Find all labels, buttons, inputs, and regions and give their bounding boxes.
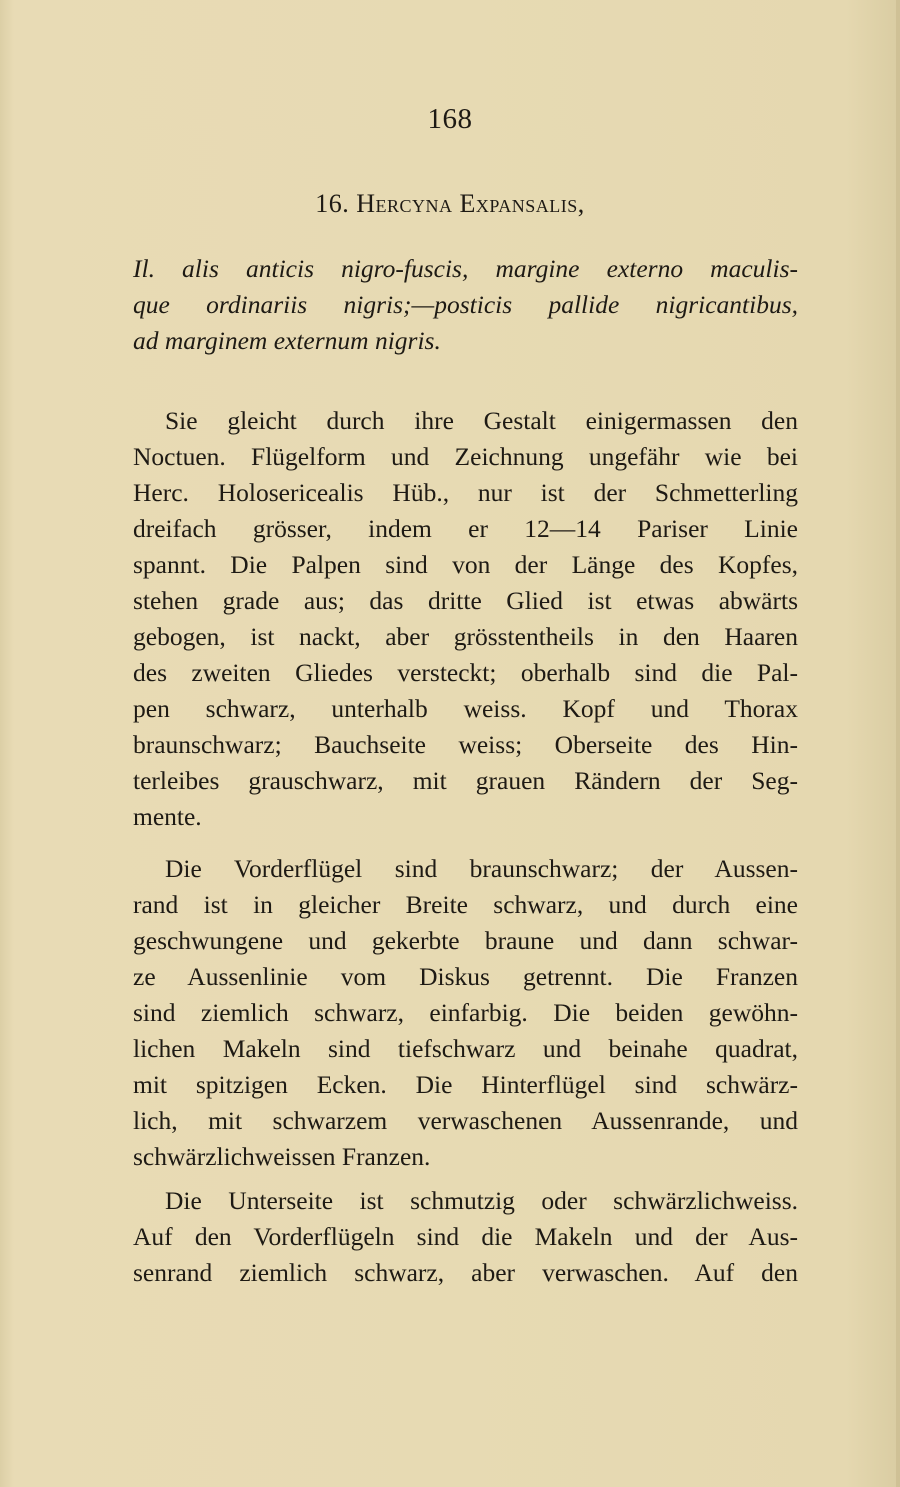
section-heading: 16. Hercyna Expansalis, xyxy=(0,189,900,219)
heading-genus: Hercyna xyxy=(356,189,452,218)
paragraph-line: des zweiten Gliedes versteckt; oberhalb … xyxy=(133,655,798,691)
heading-number: 16. xyxy=(315,189,349,218)
paragraph-line: lichen Makeln sind tiefschwarz und beina… xyxy=(133,1031,798,1067)
paragraph-line: mit spitzigen Ecken. Die Hinterflügel si… xyxy=(133,1067,798,1103)
paragraph-line: senrand ziemlich schwarz, aber verwasche… xyxy=(133,1255,798,1291)
paragraph-line: spannt. Die Palpen sind von der Länge de… xyxy=(133,547,798,583)
paragraph-line: terleibes grauschwarz, mit grauen Ränder… xyxy=(133,763,798,799)
book-page: 168 16. Hercyna Expansalis, Il. alis ant… xyxy=(0,0,900,1487)
paragraph-underside: Die Unterseite ist schmutzig oder schwär… xyxy=(133,1183,798,1291)
page-number: 168 xyxy=(0,103,900,136)
paragraph-line: Die Unterseite ist schmutzig oder schwär… xyxy=(133,1183,798,1219)
paragraph-line: rand ist in gleicher Breite schwarz, und… xyxy=(133,887,798,923)
paragraph-line: sind ziemlich schwarz, einfarbig. Die be… xyxy=(133,995,798,1031)
paragraph-line: braunschwarz; Bauchseite weiss; Oberseit… xyxy=(133,727,798,763)
paragraph-line: stehen grade aus; das dritte Glied ist e… xyxy=(133,583,798,619)
paragraph-line: Herc. Holosericealis Hüb., nur ist der S… xyxy=(133,475,798,511)
paragraph-line: mente. xyxy=(133,799,798,835)
paragraph-line: dreifach grösser, indem er 12—14 Pariser… xyxy=(133,511,798,547)
paragraph-forewings: Die Vorderflügel sind braunschwarz; der … xyxy=(133,851,798,1175)
paragraph-line: pen schwarz, unterhalb weiss. Kopf und T… xyxy=(133,691,798,727)
page-edge-shadow xyxy=(896,0,900,1487)
paragraph-line: Noctuen. Flügelform und Zeichnung ungefä… xyxy=(133,439,798,475)
latin-diagnosis: Il. alis anticis nigro-fuscis, margine e… xyxy=(133,251,798,359)
diagnosis-line: ad marginem externum nigris. xyxy=(133,323,798,359)
paragraph-line: Auf den Vorderflügeln sind die Makeln un… xyxy=(133,1219,798,1255)
diagnosis-line: Il. alis anticis nigro-fuscis, margine e… xyxy=(133,251,798,287)
heading-species: Expansalis, xyxy=(460,189,585,218)
paragraph-description-body: Sie gleicht durch ihre Gestalt einigerma… xyxy=(133,403,798,835)
paragraph-line: geschwungene und gekerbte braune und dan… xyxy=(133,923,798,959)
paragraph-line: gebogen, ist nackt, aber grösstentheils … xyxy=(133,619,798,655)
paragraph-line: lich, mit schwarzem verwaschenen Aussenr… xyxy=(133,1103,798,1139)
paragraph-line: Sie gleicht durch ihre Gestalt einigerma… xyxy=(133,403,798,439)
diagnosis-line: que ordinariis nigris;—posticis pallide … xyxy=(133,287,798,323)
paragraph-line: ze Aussenlinie vom Diskus getrennt. Die … xyxy=(133,959,798,995)
paragraph-line: schwärzlichweissen Franzen. xyxy=(133,1139,798,1175)
paragraph-line: Die Vorderflügel sind braunschwarz; der … xyxy=(133,851,798,887)
